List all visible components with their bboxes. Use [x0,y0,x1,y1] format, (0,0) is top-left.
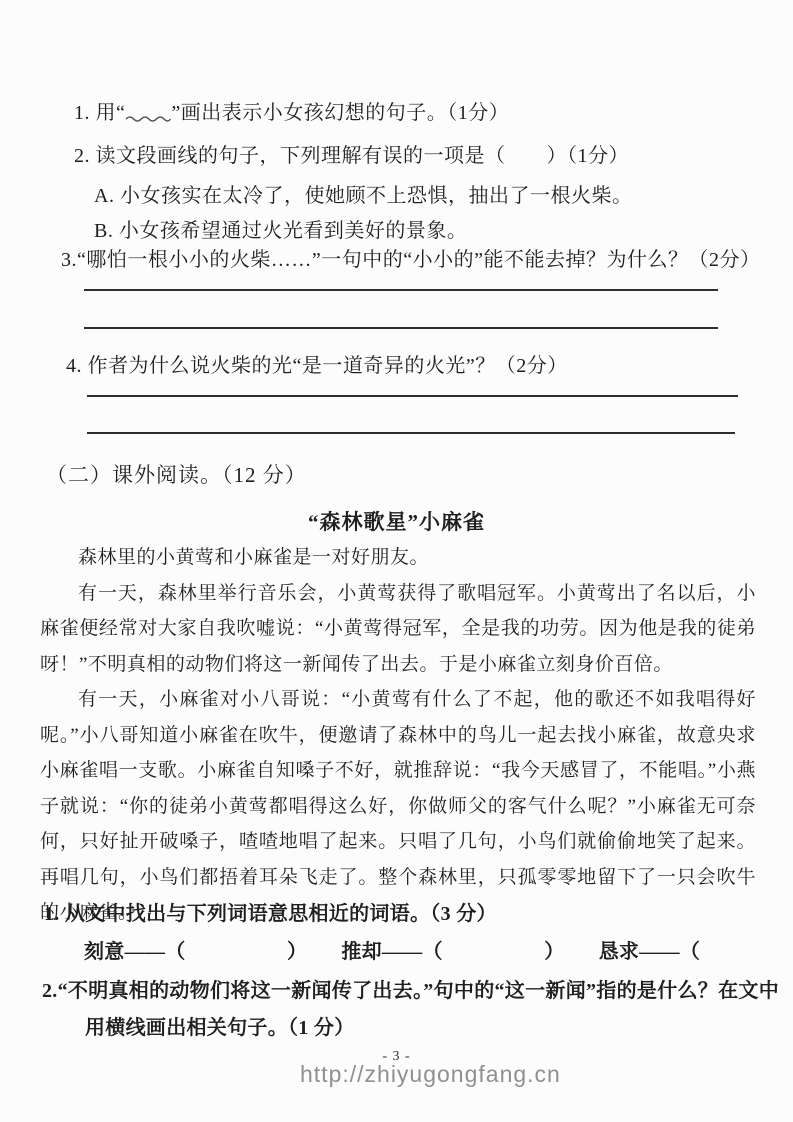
question-2-option-b: B. 小女孩希望通过火光看到美好的景象。 [94,214,467,243]
passage-title: “森林歌星”小麻雀 [0,506,793,536]
question-4: 4. 作者为什么说火柴的光“是一道奇异的火光”？（2分） [66,349,568,378]
question-2-option-a: A. 小女孩实在太冷了，使她顾不上恐惧，抽出了一根火柴。 [94,179,632,208]
news-question-line-1: 2.“不明真相的动物们将这一新闻传了出去。”句中的“这一新闻”指的是什么？在文中 [42,974,779,1003]
question-1-prefix: 1. 用“ [74,102,125,124]
synonym-item: 刻意——（ ） [84,935,307,964]
question-4-rest: ？（2分） [475,355,568,377]
passage-paragraph: 有一天，森林里举行音乐会，小黄莺获得了歌唱冠军。小黄莺出了名以后，小麻雀便经常对… [40,576,756,683]
vocab-question: 1. 从文中找出与下列词语意思相近的词语。（3 分） [44,897,497,926]
answer-line [84,327,718,329]
passage-paragraph: 有一天，小麻雀对小八哥说：“小黄莺有什么了不起，他的歌还不如我唱得好呢。”小八哥… [40,682,756,931]
question-3-quote: “哪怕一根小小的火柴……” [77,249,321,271]
question-4-quote: “是一道奇异的火光” [293,355,476,377]
watermark-url: http://zhiyugongfang.cn [300,1061,561,1088]
synonym-row: 刻意——（ ） 推却——（ ） 恳求——（ ） [84,935,793,964]
answer-line [87,432,735,434]
wavy-blank-line [125,105,171,119]
passage-paragraph: 森林里的小黄莺和小麻雀是一对好朋友。 [40,540,756,576]
synonym-item: 推却——（ ） [341,935,564,964]
question-3-rest: 一句中的“小小的”能不能去掉？为什么？（2分） [321,249,760,271]
question-1: 1. 用“”画出表示小女孩幻想的句子。（1分） [74,96,509,125]
question-1-suffix: ”画出表示小女孩幻想的句子。（1分） [171,102,509,124]
question-3: 3.“哪怕一根小小的火柴……”一句中的“小小的”能不能去掉？为什么？（2分） [61,243,761,272]
question-3-number: 3. [61,249,77,271]
question-2: 2. 读文段画线的句子，下列理解有误的一项是（ ）（1分） [74,139,629,168]
question-4-prefix: 4. 作者为什么说火柴的光 [66,355,293,377]
synonym-item: 恳求——（ ） [599,935,793,964]
answer-line [87,395,738,397]
passage: 森林里的小黄莺和小麻雀是一对好朋友。 有一天，森林里举行音乐会，小黄莺获得了歌唱… [40,540,756,931]
exam-page: 1. 用“”画出表示小女孩幻想的句子。（1分） 2. 读文段画线的句子，下列理解… [0,0,793,1122]
section-heading: （二）课外阅读。（12 分） [46,459,307,489]
answer-line [84,289,718,291]
news-question-line-2: 用横线画出相关句子。（1 分） [85,1011,355,1040]
